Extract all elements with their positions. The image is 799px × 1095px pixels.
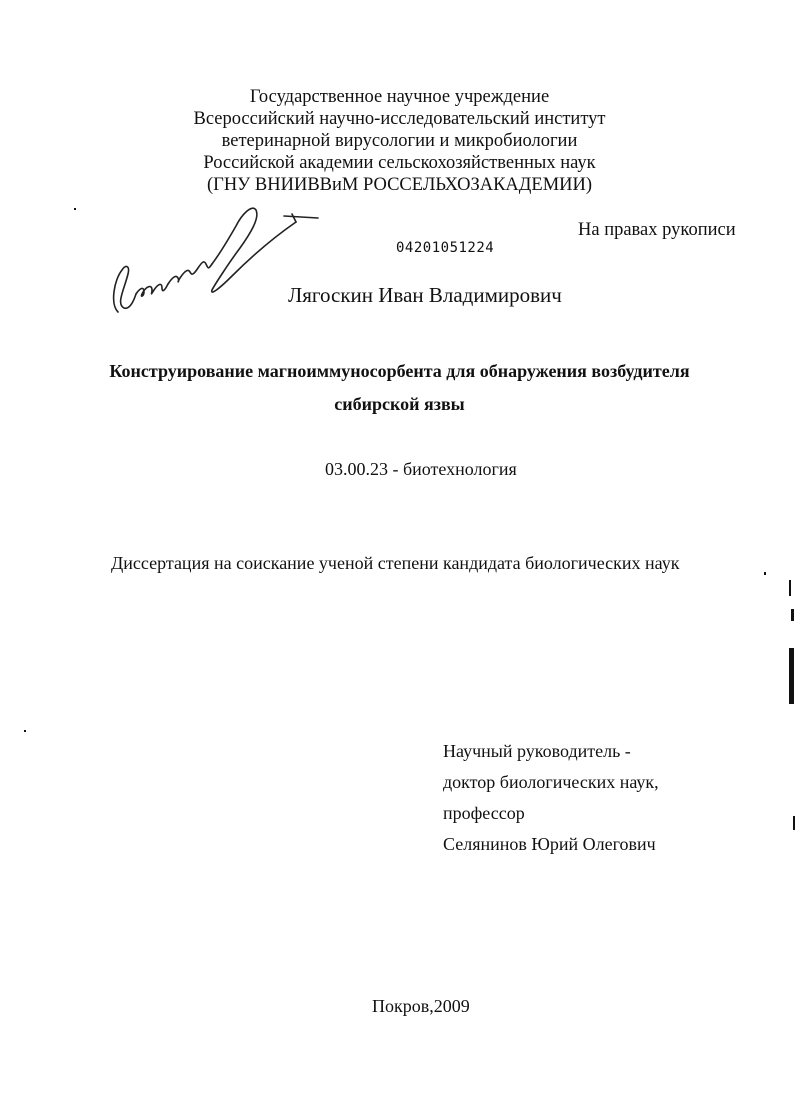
- scan-artifact: [74, 208, 76, 210]
- org-line-1: Государственное научное учреждение: [0, 86, 799, 108]
- serial-number: 04201051224: [396, 240, 494, 256]
- scan-artifact: [793, 816, 795, 830]
- scan-artifact: [789, 580, 791, 596]
- supervisor-label: Научный руководитель -: [443, 736, 659, 767]
- scan-artifact: [24, 730, 26, 732]
- organization-header: Государственное научное учреждение Всеро…: [0, 86, 799, 196]
- org-line-4: Российской академии сельскохозяйственных…: [0, 152, 799, 174]
- degree-statement: Диссертация на соискание ученой степени …: [111, 553, 679, 574]
- title-line-2: сибирской язвы: [0, 388, 799, 421]
- scan-artifact: [789, 648, 794, 704]
- city-year: Покров,2009: [372, 996, 470, 1017]
- scan-artifact: [791, 609, 794, 621]
- manuscript-note: На правах рукописи: [578, 220, 736, 241]
- supervisor-rank: профессор: [443, 798, 659, 829]
- dissertation-title: Конструирование магноиммуносорбента для …: [0, 355, 799, 421]
- supervisor-name: Селянинов Юрий Олегович: [443, 829, 659, 860]
- author-name: Лягоскин Иван Владимирович: [288, 283, 562, 308]
- org-line-3: ветеринарной вирусологии и микробиологии: [0, 130, 799, 152]
- specialty-code: 03.00.23 - биотехнология: [325, 459, 517, 480]
- supervisor-block: Научный руководитель - доктор биологичес…: [443, 736, 659, 860]
- org-line-5: (ГНУ ВНИИВВиМ РОССЕЛЬХОЗАКАДЕМИИ): [0, 174, 799, 196]
- supervisor-degree: доктор биологических наук,: [443, 767, 659, 798]
- title-line-1: Конструирование магноиммуносорбента для …: [0, 355, 799, 388]
- scan-artifact: [764, 572, 766, 575]
- org-line-2: Всероссийский научно-исследовательский и…: [0, 108, 799, 130]
